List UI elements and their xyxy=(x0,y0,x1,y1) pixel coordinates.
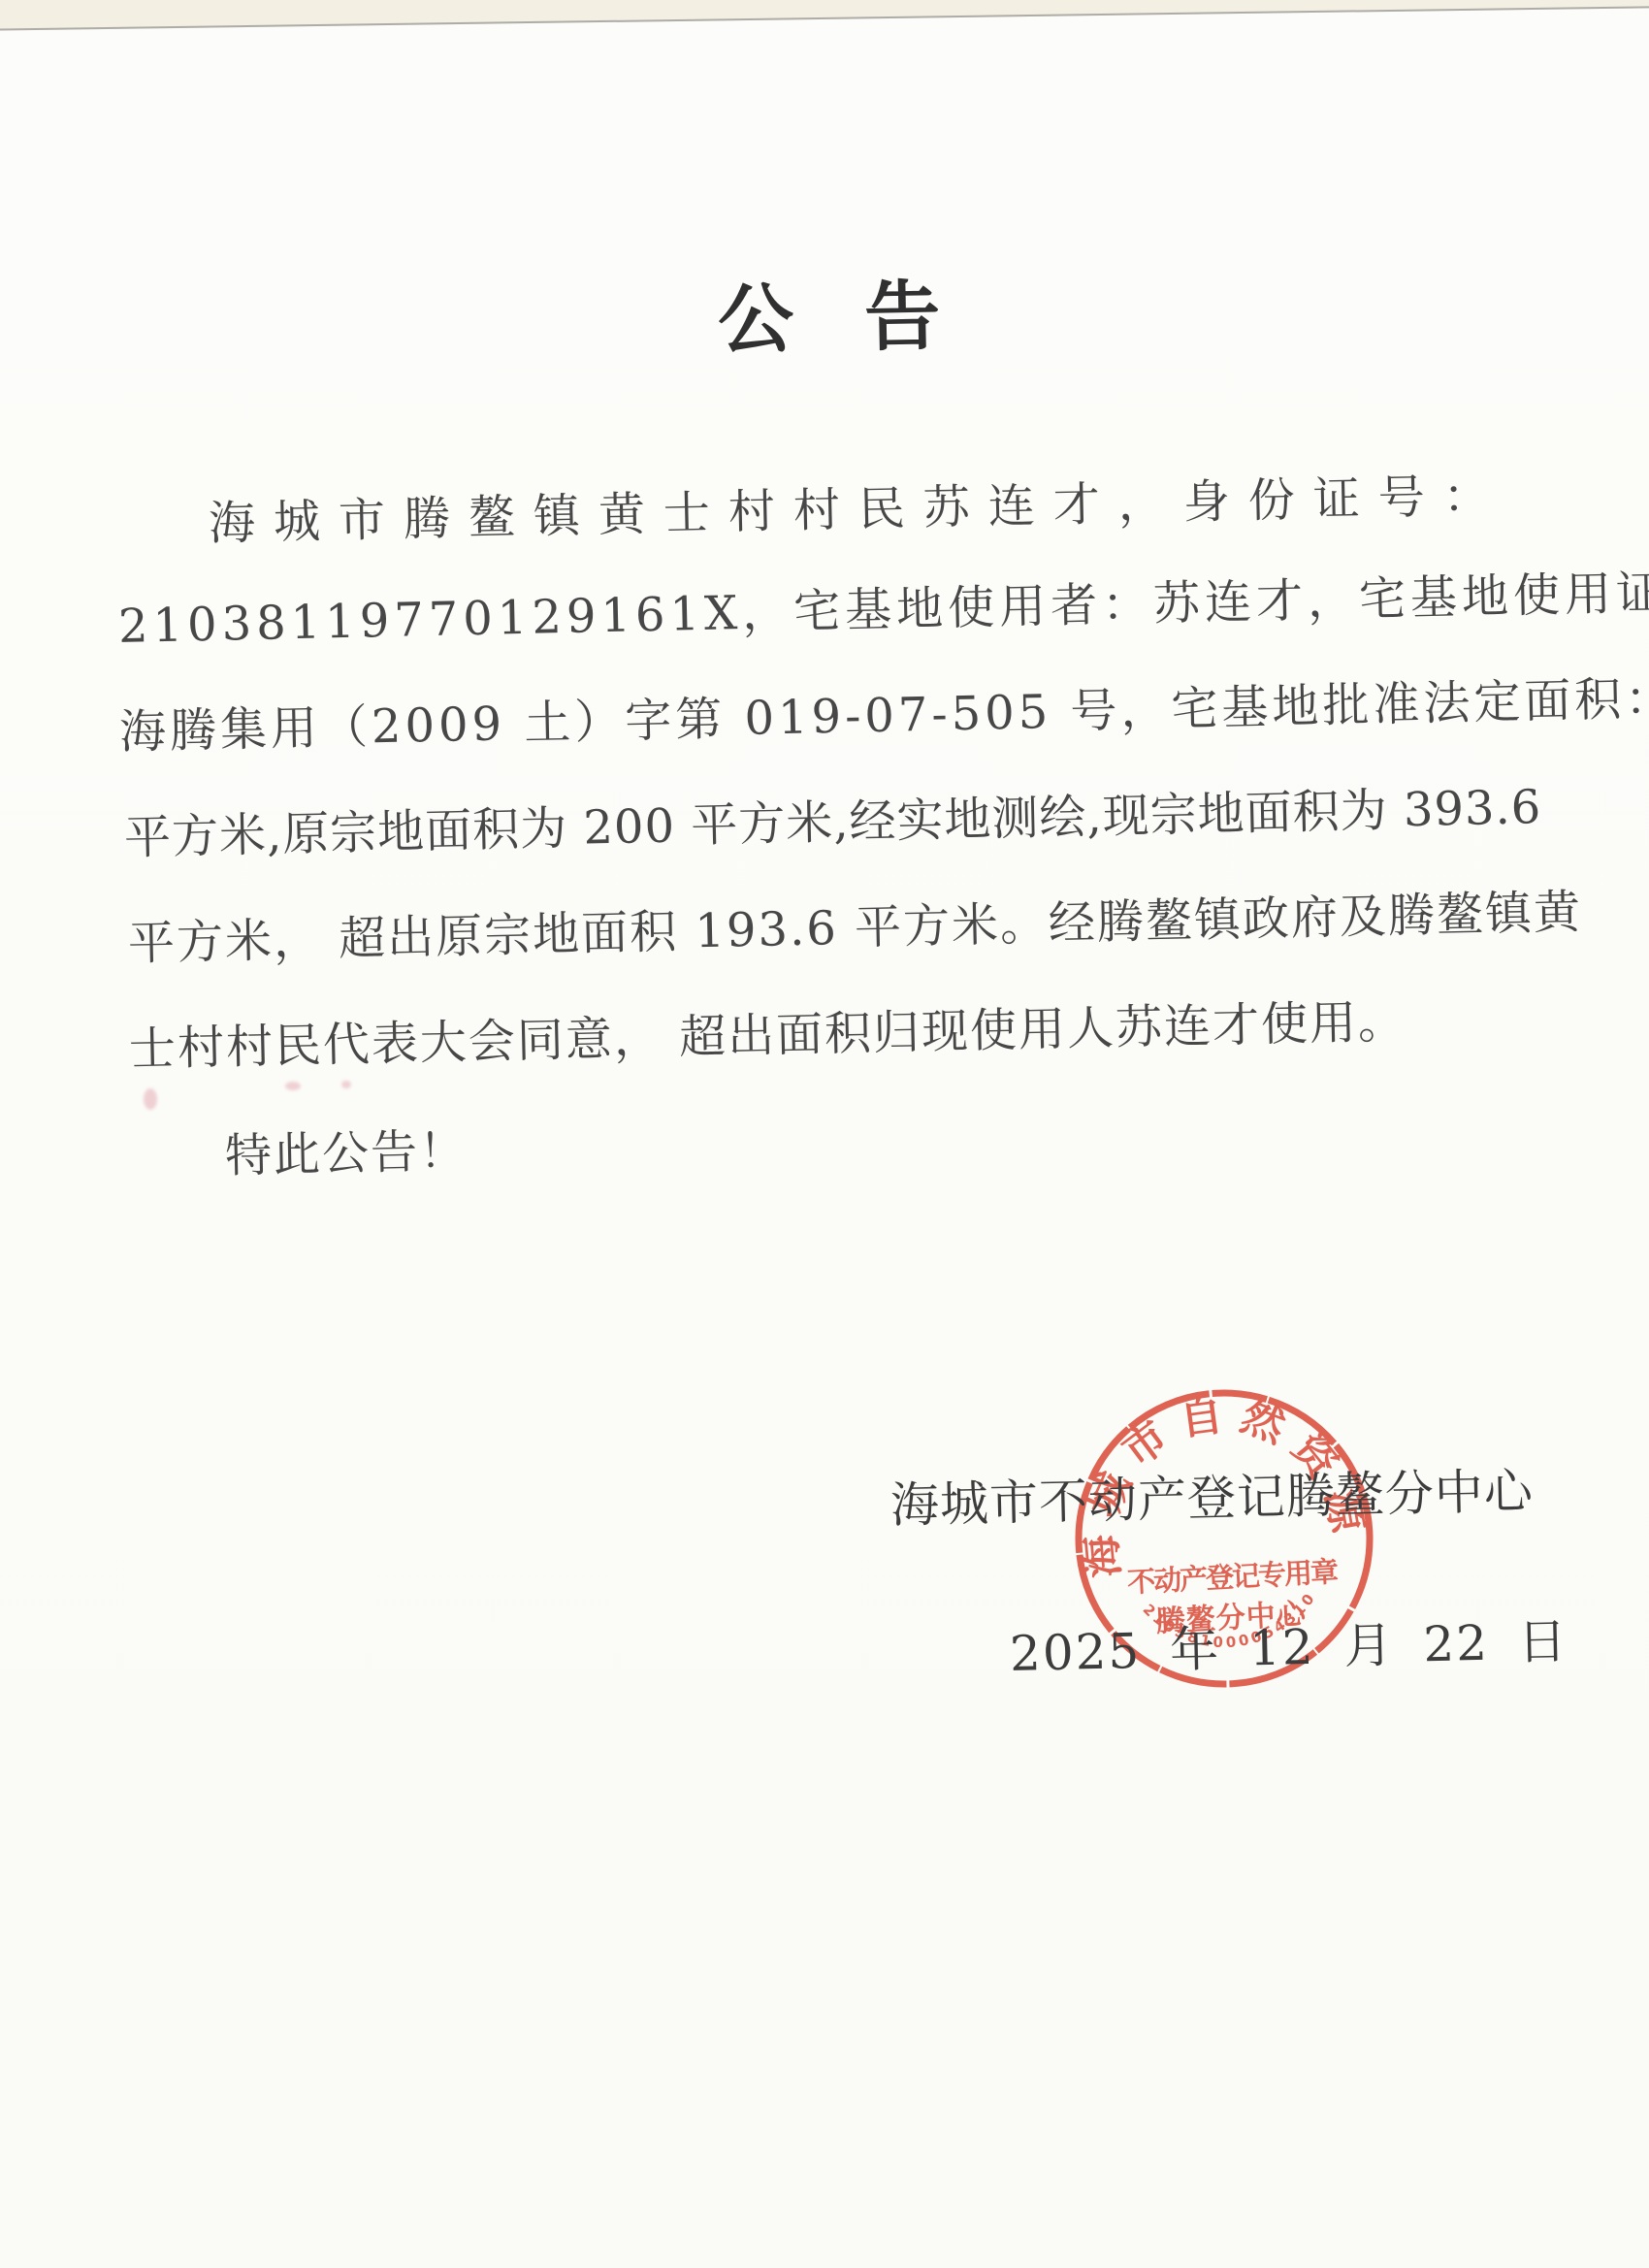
notice-title: 公 告 xyxy=(717,255,947,368)
scan-speck xyxy=(285,1082,301,1090)
scan-speck xyxy=(144,1088,157,1110)
scan-page-edge xyxy=(0,0,1649,31)
scanned-notice-page: 公 告 海城市腾鳌镇黄士村村民苏连才，身份证号： 210381197701291… xyxy=(0,0,1649,2268)
scan-speck xyxy=(341,1081,351,1088)
body-line-1: 海城市腾鳌镇黄士村村民苏连才，身份证号： xyxy=(208,467,1508,553)
body-line-6: 士村村民代表大会同意， 超出面积归现使用人苏连才使用。 xyxy=(128,992,1406,1079)
body-line-2: 21038119770129161X，宅基地使用者：苏连才，宅基地使用证号： xyxy=(117,562,1649,656)
date-line: 2025 年 12 月 22 日 xyxy=(1009,1612,1568,1683)
body-line-5: 平方米， 超出原宗地面积 193.6 平方米。经腾鳌镇政府及腾鳌镇黄 xyxy=(127,883,1582,973)
closing-line: 特此公告！ xyxy=(224,1122,468,1185)
body-line-3: 海腾集用（2009 土）字第 019-07-505 号，宅基地批准法定面积：20… xyxy=(118,667,1649,761)
body-line-4: 平方米,原宗地面积为 200 平方米,经实地测绘,现宗地面积为 393.6 xyxy=(123,778,1542,867)
issuer-line: 海城市不动产登记腾鳌分中心 xyxy=(889,1462,1534,1535)
